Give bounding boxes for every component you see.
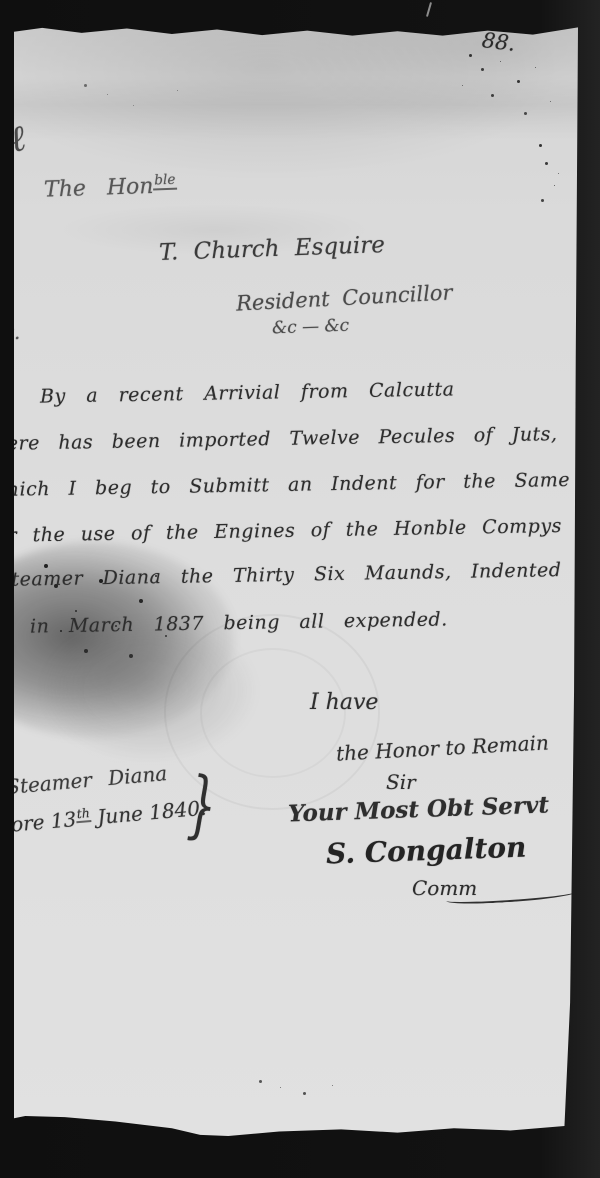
scanned-letter-page: 88. ℓ t. The Honble T. Church Esquire Re… [0, 0, 600, 1178]
honorific-superscript: ble [153, 172, 177, 191]
ink-specks [84, 84, 87, 87]
folio-number: 88. [481, 28, 517, 56]
closing-honor-to-remain: the Honor to Remain [336, 730, 550, 765]
closing-obedient-servant: Your Most Obt Servt [288, 791, 550, 827]
paper-stain-band [14, 76, 578, 140]
margin-fragment-top: ℓ [6, 117, 29, 161]
ink-specks [469, 54, 472, 57]
closing-sir: Sir [386, 770, 416, 794]
ink-specks [259, 1080, 262, 1083]
closing-i-have: I have [310, 690, 378, 715]
recipient-title: Resident Councillor [236, 280, 454, 315]
dateline-place: Steamer Diana [5, 761, 168, 799]
letter-paper: 88. ℓ t. The Honble T. Church Esquire Re… [14, 24, 578, 1136]
signature: S. Congalton [325, 831, 526, 871]
body-line-2: here has been imported Twelve Pecules of… [0, 423, 558, 455]
recipient-honorific: The Honble [44, 172, 177, 203]
body-line-3: which I beg to Submitt an Indent for the… [0, 469, 570, 501]
body-line-6: in March 1837 being all expended. [30, 608, 448, 637]
body-line-4: for the use of the Engines of the Honble… [0, 515, 562, 547]
margin-fragment-mid: t. [6, 320, 20, 344]
recipient-etcetera: &c — &c [272, 316, 350, 339]
recipient-name: T. Church Esquire [159, 232, 386, 266]
date-superscript: th [75, 805, 91, 823]
dateline-brace: } [186, 760, 219, 850]
pen-mark [426, 2, 432, 17]
honorific-main: The Hon [44, 174, 154, 203]
body-line-1: By a recent Arrivial from Calcutta [40, 378, 455, 407]
ink-blotch-soft [44, 620, 254, 760]
body-line-5: Steamer Diana the Thirty Six Maunds, Ind… [0, 559, 562, 591]
dateline-date: pore 13th June 1840. [0, 795, 207, 838]
ink-specks [539, 144, 542, 147]
date-pre: pore 13 [0, 807, 77, 838]
